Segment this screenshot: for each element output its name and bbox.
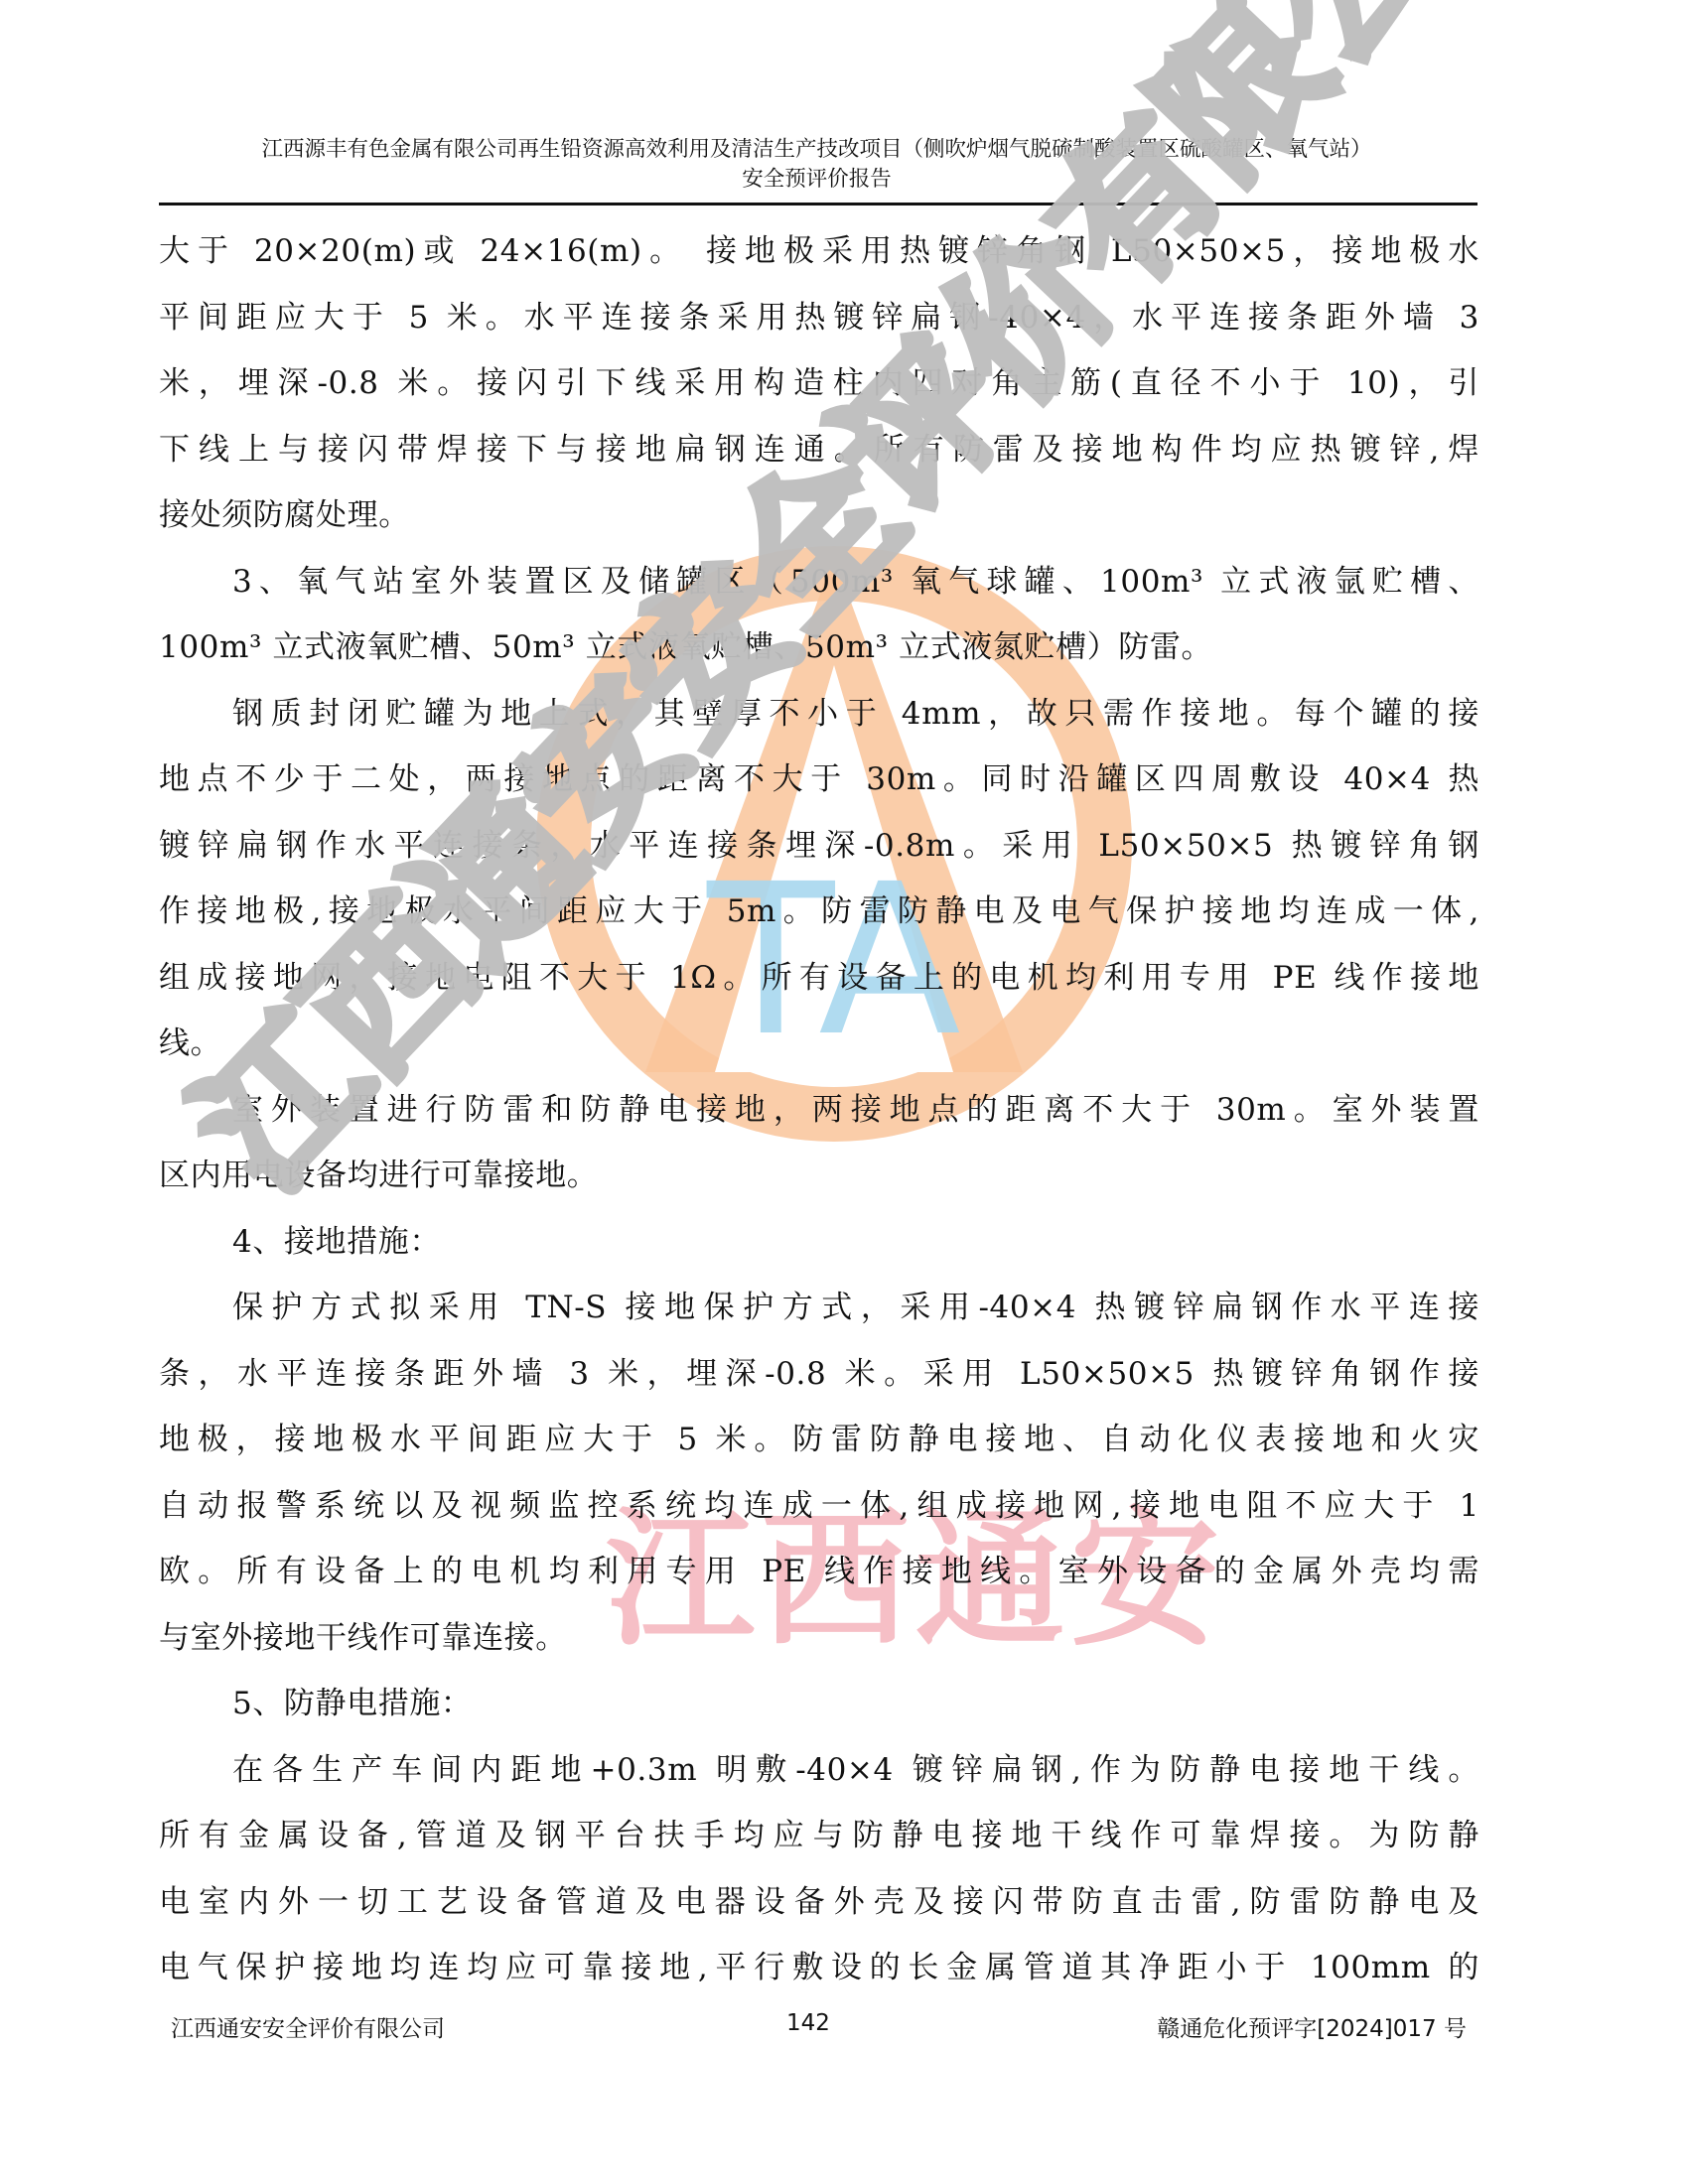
body-line: 接处须防腐处理。 <box>159 484 1479 551</box>
body-line: 米，埋深-0.8 米。接闪引下线采用构造柱内四对角主筋(直径不小于 10)，引 <box>159 352 1479 419</box>
body-line: 大于 20×20(m)或 24×16(m)。 接地极采用热镀锌角钢 L50×50… <box>159 220 1479 287</box>
page-header: 江西源丰有色金属有限公司再生铅资源高效利用及清洁生产技改项目（侧吹炉烟气脱硫制酸… <box>159 135 1475 195</box>
body-line: 下线上与接闪带焊接下与接地扁钢连通。所有防雷及接地构件均应热镀锌,焊 <box>159 419 1479 485</box>
body-line: 线。 <box>159 1013 1479 1079</box>
body-line: 与室外接地干线作可靠连接。 <box>159 1607 1479 1674</box>
header-divider <box>159 203 1477 205</box>
body-line: 室外装置进行防雷和防静电接地，两接地点的距离不大于 30m。室外装置 <box>159 1079 1479 1146</box>
body-line: 3、氧气站室外装置区及储罐区（500m³ 氧气球罐、100m³ 立式液氩贮槽、 <box>159 551 1479 617</box>
body-line: 组成接地网，接地电阻不大于 1Ω。所有设备上的电机均利用专用 PE 线作接地 <box>159 947 1479 1014</box>
body-line: 作接地极,接地极水平间距应大于 5m。防雷防静电及电气保护接地均连成一体, <box>159 881 1479 947</box>
footer-company: 江西通安安全评价有限公司 <box>171 2010 445 2043</box>
body-line: 电气保护接地均连均应可靠接地,平行敷设的长金属管道其净距小于 100mm 的 <box>159 1937 1479 2003</box>
header-title-line2: 安全预评价报告 <box>159 165 1475 195</box>
body-line: 地极，接地极水平间距应大于 5 米。防雷防静电接地、自动化仪表接地和火灾 <box>159 1409 1479 1475</box>
page-footer: 江西通安安全评价有限公司 142 赣通危化预评字[2024]017 号 <box>171 2010 1467 2050</box>
body-line: 5、防静电措施： <box>159 1673 1479 1739</box>
body-text: 大于 20×20(m)或 24×16(m)。 接地极采用热镀锌角钢 L50×50… <box>159 220 1479 2003</box>
body-line: 区内用电设备均进行可靠接地。 <box>159 1145 1479 1211</box>
body-line: 在各生产车间内距地+0.3m 明敷-40×4 镀锌扁钢,作为防静电接地干线。 <box>159 1739 1479 1806</box>
document-number: 赣通危化预评字[2024]017 号 <box>1157 2010 1467 2043</box>
body-line: 100m³ 立式液氧贮槽、50m³ 立式液氧贮槽、50m³ 立式液氮贮槽）防雷。 <box>159 616 1479 683</box>
body-line: 钢质封闭贮罐为地上式，其壁厚不小于 4mm，故只需作接地。每个罐的接 <box>159 683 1479 750</box>
header-title-line1: 江西源丰有色金属有限公司再生铅资源高效利用及清洁生产技改项目（侧吹炉烟气脱硫制酸… <box>159 135 1475 165</box>
page-number: 142 <box>786 2010 830 2036</box>
document-page: TA 江西通安 江西源丰有色金属有限公司再生铅资源高效利用及清洁生产技改项目（侧… <box>0 0 1688 2184</box>
body-line: 欧。所有设备上的电机均利用专用 PE 线作接地线。室外设备的金属外壳均需 <box>159 1541 1479 1607</box>
body-line: 地点不少于二处，两接地点的距离不大于 30m。同时沿罐区四周敷设 40×4 热 <box>159 749 1479 815</box>
body-line: 所有金属设备,管道及钢平台扶手均应与防静电接地干线作可靠焊接。为防静 <box>159 1805 1479 1871</box>
body-line: 平间距应大于 5 米。水平连接条采用热镀锌扁钢-40×4，水平连接条距外墙 3 <box>159 287 1479 353</box>
body-line: 4、接地措施： <box>159 1211 1479 1278</box>
body-line: 电室内外一切工艺设备管道及电器设备外壳及接闪带防直击雷,防雷防静电及 <box>159 1871 1479 1938</box>
body-line: 自动报警系统以及视频监控系统均连成一体,组成接地网,接地电阻不应大于 1 <box>159 1475 1479 1542</box>
body-line: 镀锌扁钢作水平连接条，水平连接条埋深-0.8m。采用 L50×50×5 热镀锌角… <box>159 815 1479 882</box>
body-line: 条，水平连接条距外墙 3 米，埋深-0.8 米。采用 L50×50×5 热镀锌角… <box>159 1343 1479 1410</box>
body-line: 保护方式拟采用 TN-S 接地保护方式，采用-40×4 热镀锌扁钢作水平连接 <box>159 1277 1479 1343</box>
